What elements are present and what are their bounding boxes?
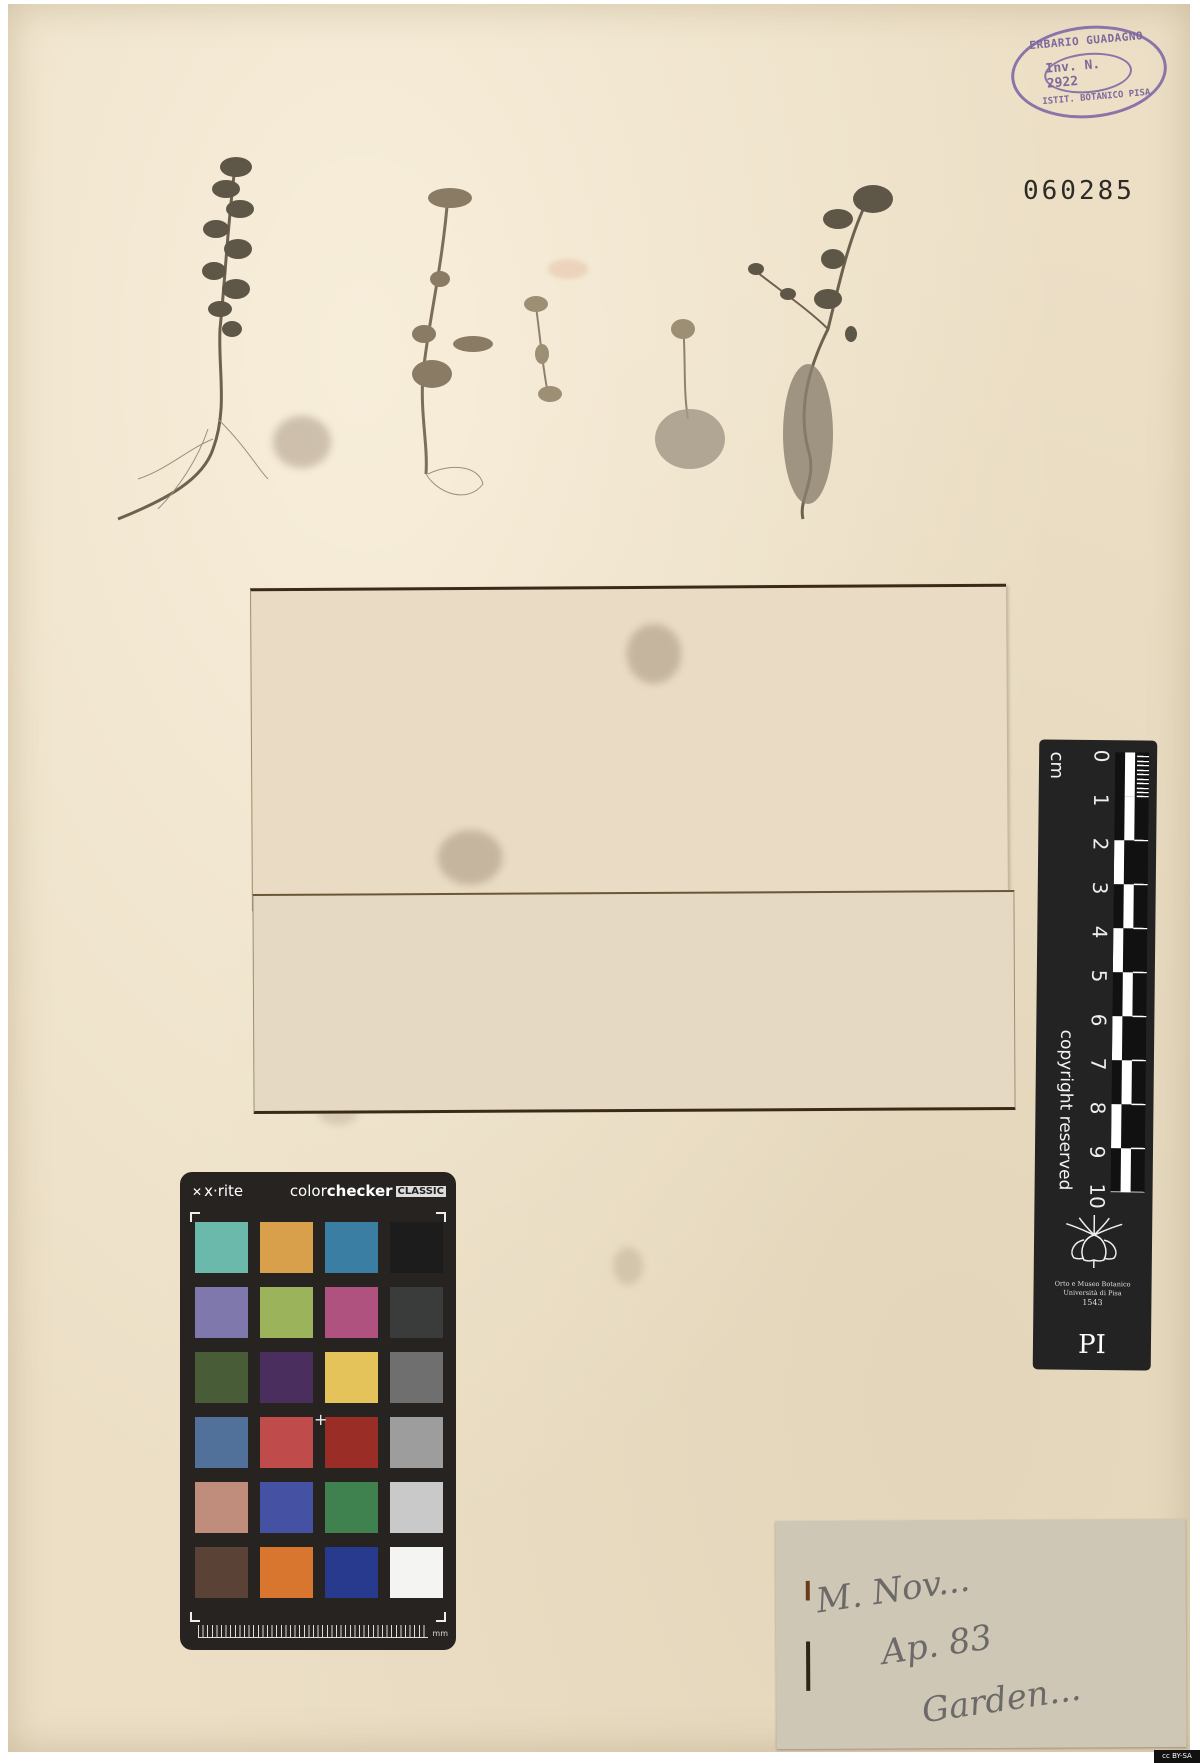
color-swatch xyxy=(195,1547,248,1598)
color-swatch xyxy=(390,1417,443,1468)
scale-tick-label: 2 xyxy=(1089,838,1113,851)
institution-line-2: Università di Pisa xyxy=(1063,1289,1121,1298)
color-swatch xyxy=(195,1482,248,1533)
color-swatch xyxy=(260,1482,313,1533)
plant-icon xyxy=(520,294,570,414)
plant-specimen-5 xyxy=(728,179,908,533)
scale-bar: cm 0 1 2 3 4 5 6 7 8 9 10 copyright rese… xyxy=(1033,739,1158,1370)
plant-specimen-3 xyxy=(520,294,570,418)
color-swatch xyxy=(390,1547,443,1598)
scale-tick-label: 8 xyxy=(1086,1102,1110,1115)
plant-icon xyxy=(648,319,738,479)
mm-ruler xyxy=(198,1625,428,1638)
founding-year: 1543 xyxy=(1039,1297,1145,1307)
stamp-top-text: ERBARIO GUADAGNO xyxy=(1029,29,1144,52)
scale-tick-label: 0 xyxy=(1089,750,1113,763)
color-swatch xyxy=(325,1482,378,1533)
scale-tick-label: 5 xyxy=(1087,970,1111,983)
brand-text: x·rite xyxy=(204,1182,243,1200)
scale-tick-label: 4 xyxy=(1088,926,1112,939)
color-swatch xyxy=(195,1222,248,1273)
xrite-logo-icon: ✕ xyxy=(192,1185,202,1199)
ruler-ticks xyxy=(1111,752,1150,1192)
corner-mark-icon xyxy=(190,1612,200,1622)
color-swatch xyxy=(260,1547,313,1598)
colorchecker-product: colorcheckerCLASSIC xyxy=(290,1182,446,1200)
stain xyxy=(613,1247,643,1285)
plant-specimen-2 xyxy=(388,184,508,518)
color-swatch xyxy=(390,1287,443,1338)
color-swatch xyxy=(390,1352,443,1403)
corner-mark-icon xyxy=(190,1212,200,1222)
color-swatch xyxy=(390,1222,443,1273)
scale-tick-label: 7 xyxy=(1086,1058,1110,1071)
scale-tick-label: 10 xyxy=(1085,1183,1109,1209)
ruler-unit: mm xyxy=(432,1629,448,1638)
color-swatch xyxy=(325,1547,378,1598)
rust-spot xyxy=(548,259,588,279)
product-name-light: color xyxy=(290,1182,327,1200)
herbarium-stamp: ERBARIO GUADAGNO Inv. N. 2922 ISTIT. BOT… xyxy=(1007,19,1170,124)
stain xyxy=(438,830,503,885)
scale-tick-label: 6 xyxy=(1087,1014,1111,1027)
stain xyxy=(626,624,681,684)
product-name-bold: checker xyxy=(327,1182,393,1200)
color-swatch xyxy=(195,1352,248,1403)
label-line-1: M. Nov... xyxy=(814,1560,972,1622)
plant-specimen-4 xyxy=(648,319,738,483)
color-swatch xyxy=(195,1287,248,1338)
corner-mark-icon xyxy=(436,1612,446,1622)
plant-icon xyxy=(728,179,908,529)
color-swatch xyxy=(260,1352,313,1403)
fritillaria-logo-icon xyxy=(1054,1210,1135,1271)
corner-mark-icon xyxy=(436,1212,446,1222)
label-line-3: Garden... xyxy=(919,1669,1083,1732)
color-swatch xyxy=(260,1222,313,1273)
color-swatch xyxy=(260,1417,313,1468)
catalog-number: 060285 xyxy=(1023,176,1135,206)
copyright-text: copyright reserved xyxy=(1055,1030,1077,1191)
specimen-packet xyxy=(252,890,1015,1114)
herbarium-code: PI xyxy=(1033,1329,1151,1360)
color-swatch xyxy=(390,1482,443,1533)
institution-name: Orto e Museo Botanico Università di Pisa… xyxy=(1039,1279,1145,1307)
color-swatch xyxy=(325,1417,378,1468)
product-edition: CLASSIC xyxy=(396,1186,446,1197)
plant-icon xyxy=(108,149,288,529)
license-badge: cc BY-SA xyxy=(1154,1750,1200,1763)
crosshair-icon: + xyxy=(314,1410,327,1429)
scale-unit: cm xyxy=(1046,751,1067,779)
handwritten-label: M. Nov... Ap. 83 Garden... xyxy=(775,1519,1186,1749)
specimen-packet-flap xyxy=(250,584,1008,912)
xrite-brand: ✕x·rite xyxy=(192,1182,243,1200)
institution-line-1: Orto e Museo Botanico xyxy=(1055,1280,1131,1289)
color-swatch xyxy=(325,1287,378,1338)
color-swatch xyxy=(325,1352,378,1403)
plant-specimen-1 xyxy=(108,149,288,533)
color-swatch xyxy=(325,1222,378,1273)
scale-tick-label: 1 xyxy=(1089,794,1113,807)
color-checker-card: ✕x·rite colorcheckerCLASSIC + mm xyxy=(180,1172,456,1650)
label-line-2: Ap. 83 xyxy=(879,1617,995,1673)
color-swatch xyxy=(195,1417,248,1468)
pin-icon xyxy=(806,1581,811,1691)
plant-icon xyxy=(388,184,508,514)
scale-tick-label: 9 xyxy=(1085,1146,1109,1159)
color-swatch xyxy=(260,1287,313,1338)
scale-tick-label: 3 xyxy=(1088,882,1112,895)
